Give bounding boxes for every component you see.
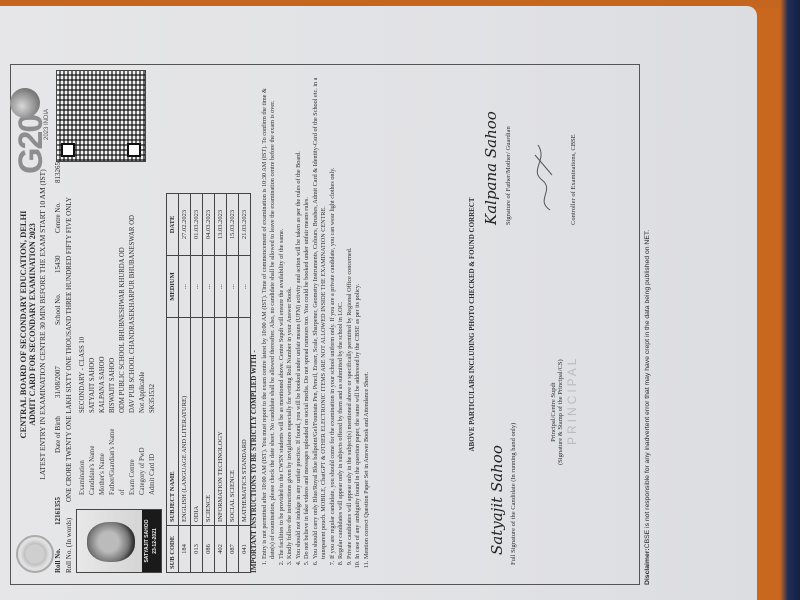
qr-code-icon [56, 70, 146, 162]
instruction-item: Kindly follow the instructions given by … [286, 73, 295, 559]
table-row: 041 MATHEMATICS STANDARD ... 21.03.2023 [239, 194, 251, 573]
centre-no-label: Centre No. [54, 202, 62, 233]
photo-date: 23-12-2021 [151, 510, 159, 572]
table-row: 013 ODIA ... 01.03.2023 [191, 194, 203, 573]
verification-statement: ABOVE PARTICULARS INCLUDING PHOTO CHECKE… [468, 64, 476, 585]
centre-no-value: 813265 [54, 162, 62, 183]
candidate-signature: Satyajit Sahoo [488, 445, 506, 555]
instruction-item: Private candidates will appear only in t… [346, 73, 355, 559]
table-row: 184 ENGLISH (LANGUAGE AND LITERATURE) ..… [179, 194, 191, 573]
instructions-title: IMPORTANT INSTRUCTIONS TO BE STRICTLY CO… [250, 73, 259, 573]
medium: ... [239, 256, 251, 318]
roll-value: 12161355 [54, 497, 62, 525]
navy-cover-edge [780, 0, 800, 600]
detail-value: DAV PUB SCHOOL CHANDRASEKHARPUR BHUBANES… [128, 215, 138, 413]
roll-words-value: ONE CRORE TWENTY ONE LAKH SIXTY ONE THOU… [65, 197, 73, 502]
instructions-list: Entry is not permitted after 10:00 AM (I… [261, 73, 372, 573]
face-image [87, 522, 135, 562]
instruction-item: You should not indulge in any unfair pra… [295, 73, 304, 559]
detail-value: Not Applicable [138, 372, 148, 413]
admit-card: G20 2023 INDIA CENTRAL BOARD OF SECONDAR… [10, 62, 640, 585]
detail-label: Mother's Name [98, 453, 108, 495]
principal-caption: (Signature & Stamp of the Principal/CS) [557, 359, 564, 465]
subject-name: ODIA [191, 318, 203, 526]
instruction-item: Entry is not permitted after 10:00 AM (I… [261, 73, 278, 559]
photo-caption: SATYAJIT SAHOO 23-12-2021 [142, 510, 161, 572]
medium: ... [227, 256, 239, 318]
controller-signature-scribble [530, 135, 563, 215]
disclaimer-label: Disclaimer: [644, 548, 651, 585]
instruction-item: You should carry only Blue/Royal Blue ba… [312, 73, 329, 559]
board-title: CENTRAL BOARD OF SECONDARY EDUCATION, DE… [18, 64, 28, 585]
principal-stamp: PRINCIPAL [565, 356, 579, 445]
exam-date: 13.03.2023 [215, 194, 227, 256]
parent-signature-caption: Signature of Father/Mother/ Guardian [505, 126, 512, 225]
disclaimer: Disclaimer:CBSE is not responsible for a… [644, 0, 651, 585]
exam-date: 15.03.2023 [227, 194, 239, 256]
principal-block: Principal/Centre Supdt (Signature & Stam… [550, 359, 564, 465]
roll-words-row: Roll No. (In words) ONE CRORE TWENTY ONE… [65, 197, 73, 573]
sub-code: 013 [191, 526, 203, 573]
school-no-label: School No. [54, 294, 62, 326]
sub-code: 184 [179, 526, 191, 573]
detail-value: SK351532 [148, 384, 158, 413]
col-date: DATE [167, 194, 179, 256]
signature-scribble-icon [530, 135, 560, 215]
exam-date: 21.03.2023 [239, 194, 251, 256]
medium: ... [215, 256, 227, 318]
dob-value: 31/08/2007 [54, 366, 62, 398]
parent-signature: Kalpana Sahoo [482, 111, 500, 225]
disclaimer-text: CBSE is not responsible for any inadvert… [644, 230, 651, 549]
school-no-value: 15430 [54, 256, 62, 274]
instruction-item: Mention correct Question Paper Set in An… [363, 73, 372, 559]
medium: ... [179, 256, 191, 318]
medium: ... [191, 256, 203, 318]
roll-label: Roll No. [54, 549, 62, 574]
instruction-item: The facilities to be provided to the CWS… [278, 73, 287, 559]
detail-value: ODM PUBLIC SCHOOL BHUBNESHWAR KHURDA OD [118, 247, 128, 413]
photo-name: SATYAJIT SAHOO [143, 510, 151, 572]
instruction-item: Do not believe in fake videos and messag… [303, 73, 312, 559]
table-row: 087 SOCIAL SCIENCE ... 15.03.2023 [227, 194, 239, 573]
table-row: 086 SCIENCE ... 04.03.2023 [203, 194, 215, 573]
dob-label: Date of Birth [54, 416, 62, 453]
instruction-item: If you are regular candidate, you should… [329, 73, 338, 559]
detail-label: Examination [78, 460, 88, 495]
candidate-photo: SATYAJIT SAHOO 23-12-2021 [76, 509, 162, 573]
subjects-table: SUB CODE SUBJECT NAME MEDIUM DATE 184 EN… [166, 193, 251, 573]
controller-caption: Controller of Examinations, CBSE [570, 134, 577, 225]
instructions: IMPORTANT INSTRUCTIONS TO BE STRICTLY CO… [250, 73, 371, 573]
detail-value: SATYAJIT SAHOO [88, 358, 98, 413]
entry-notice: LATEST ENTRY IN EXAMINATION CENTRE 30 MI… [38, 64, 47, 585]
detail-label: Admit Card ID [148, 454, 158, 495]
sub-code: 087 [227, 526, 239, 573]
detail-label: Candidate's Name [88, 446, 98, 495]
exam-date: 27.02.2023 [179, 194, 191, 256]
exam-date: 01.03.2023 [191, 194, 203, 256]
col-subject-name: SUBJECT NAME [167, 318, 179, 526]
instruction-item: In case of any ambiguity found in the qu… [354, 73, 363, 559]
detail-label: Father/Guardian's Name [108, 429, 118, 495]
subject-name: SOCIAL SCIENCE [227, 318, 239, 526]
detail-value: KALPANA SAHOO [98, 356, 108, 413]
detail-label: Category of PwD [138, 447, 148, 495]
detail-value: BISWAJIT SAHOO [108, 358, 118, 413]
candidate-signature-caption: Full Signature of the Candidate (In runn… [510, 423, 517, 565]
admit-card-rotated: G20 2023 INDIA CENTRAL BOARD OF SECONDAR… [10, 62, 640, 585]
sub-code: 402 [215, 526, 227, 573]
principal-title: Principal/Centre Supdt [550, 359, 557, 465]
subject-name: SCIENCE [203, 318, 215, 526]
sub-code: 041 [239, 526, 251, 573]
detail-value: SECONDARY - CLASS 10 [78, 337, 88, 413]
instruction-item: Regular candidates will appear only in s… [337, 73, 346, 559]
subject-name: MATHEMATICS STANDARD [239, 318, 251, 526]
roll-words-label: Roll No. (In words) [65, 518, 73, 573]
col-sub-code: SUB CODE [167, 526, 179, 573]
sub-code: 086 [203, 526, 215, 573]
admit-card-title: ADMIT CARD FOR SECONDARY EXAMINATION 202… [28, 64, 37, 585]
detail-label: Exam Centre [128, 459, 138, 495]
subject-name: INFORMATION TECHNOLOGY [215, 318, 227, 526]
table-row: 402 INFORMATION TECHNOLOGY ... 13.03.202… [215, 194, 227, 573]
table-header-row: SUB CODE SUBJECT NAME MEDIUM DATE [167, 194, 179, 573]
detail-label: of [118, 489, 128, 495]
exam-date: 04.03.2023 [203, 194, 215, 256]
col-medium: MEDIUM [167, 256, 179, 318]
subject-name: ENGLISH (LANGUAGE AND LITERATURE) [179, 318, 191, 526]
medium: ... [203, 256, 215, 318]
